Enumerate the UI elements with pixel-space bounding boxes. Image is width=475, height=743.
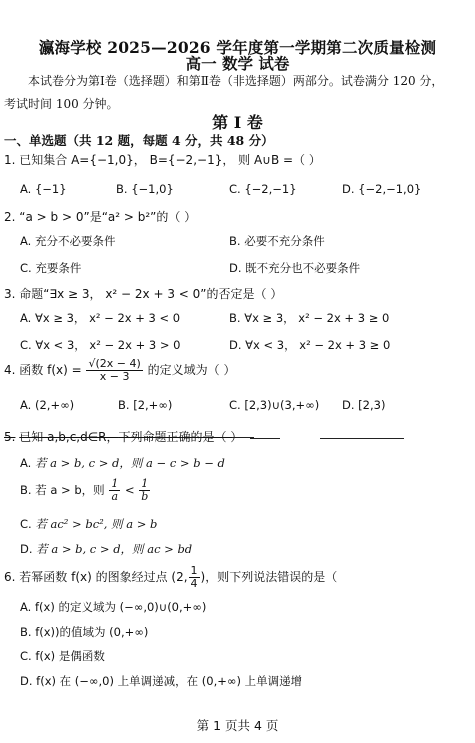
- q2-option-a: A. 充分不必要条件: [20, 233, 115, 249]
- question-number: 6.: [4, 570, 15, 584]
- q5-option-c: C. 若 ac² > bc², 则 a > b: [20, 516, 157, 532]
- question-stem: 命题“∃x ≥ 3， x² − 2x + 3 < 0”的否定是（ ）: [19, 287, 282, 301]
- fraction: √(2x − 4)x − 3: [86, 358, 142, 383]
- fraction: 1b: [139, 478, 150, 503]
- underline-mark: [250, 438, 280, 439]
- q1-option-d: D. {−2,−1,0}: [342, 182, 421, 196]
- q4-option-c: C. [2,3)∪(3,+∞): [229, 398, 319, 412]
- exam-subtitle: 高一 数学 试卷: [0, 52, 475, 74]
- q3-option-b: B. ∀x ≥ 3， x² − 2x + 3 ≥ 0: [229, 310, 389, 326]
- q2-option-d: D. 既不充分也不必要条件: [229, 260, 360, 276]
- question-stem: “a > b > 0”是“a² > b²”的（ ）: [19, 210, 196, 224]
- q3-option-a: A. ∀x ≥ 3， x² − 2x + 3 < 0: [20, 310, 180, 326]
- page-footer: 第 1 页共 4 页: [0, 716, 475, 734]
- q6-option-d: D. f(x) 在 (−∞,0) 上单调递减，在 (0,+∞) 上单调递增: [20, 673, 302, 689]
- q2-option-c: C. 充要条件: [20, 260, 81, 276]
- q1-option-b: B. {−1,0}: [116, 182, 174, 196]
- question-4: 4. 函数 f(x) = √(2x − 4)x − 3 的定义域为（ ）: [4, 358, 235, 383]
- q5-option-b: B. 若 a > b，则 1a < 1b: [20, 478, 151, 503]
- q3-option-c: C. ∀x < 3， x² − 2x + 3 > 0: [20, 337, 180, 353]
- question-5: 5. 已知 a,b,c,d∈R，下列命题正确的是（ ）: [4, 428, 242, 445]
- q3-option-d: D. ∀x < 3， x² − 2x + 3 ≥ 0: [229, 337, 390, 353]
- q4-option-a: A. (2,+∞): [20, 398, 74, 412]
- question-stem: 下列命题正确的是（ ）: [119, 430, 243, 444]
- question-1: 1. 已知集合 A={−1,0}， B={−2,−1}， 则 A∪B =（ ）: [4, 151, 321, 168]
- q6-option-b: B. f(x))的值域为 (0,+∞): [20, 624, 148, 640]
- q1-option-c: C. {−2,−1}: [229, 182, 297, 196]
- question-number: 4.: [4, 363, 15, 377]
- q4-option-d: D. [2,3): [342, 398, 385, 412]
- q4-option-b: B. [2,+∞): [118, 398, 172, 412]
- question-number: 1.: [4, 153, 15, 167]
- section-title: 一、单选题（共 12 题，每题 4 分，共 48 分）: [4, 131, 274, 149]
- q1-option-a: A. {−1}: [20, 182, 67, 196]
- exam-intro-line1: 本试卷分为第Ⅰ卷（选择题）和第Ⅱ卷（非选择题）两部分。试卷满分 120 分，: [28, 72, 443, 89]
- underline-mark: [320, 438, 404, 439]
- question-3: 3. 命题“∃x ≥ 3， x² − 2x + 3 < 0”的否定是（ ）: [4, 285, 282, 302]
- q2-option-b: B. 必要不充分条件: [229, 233, 325, 249]
- q6-option-c: C. f(x) 是偶函数: [20, 648, 105, 664]
- question-6: 6. 若幂函数 f(x) 的图象经过点 (2,14)，则下列说法错误的是（: [4, 565, 337, 590]
- q6-option-a: A. f(x) 的定义域为 (−∞,0)∪(0,+∞): [20, 599, 206, 615]
- q5-option-d: D. 若 a > b, c > d，则 ac > bd: [20, 541, 192, 557]
- question-stem-struck: 已知 a,b,c,d∈R，: [19, 430, 118, 444]
- question-number: 5.: [4, 430, 15, 444]
- question-2: 2. “a > b > 0”是“a² > b²”的（ ）: [4, 208, 196, 225]
- fraction: 14: [189, 565, 200, 590]
- question-number: 3.: [4, 287, 15, 301]
- fraction: 1a: [109, 478, 120, 503]
- q5-option-a: A. 若 a > b, c > d，则 a − c > b − d: [20, 455, 225, 471]
- question-number: 2.: [4, 210, 15, 224]
- question-stem: 已知集合 A={−1,0}， B={−2,−1}， 则 A∪B =（ ）: [19, 153, 321, 167]
- part-title: 第 Ⅰ 卷: [0, 110, 475, 133]
